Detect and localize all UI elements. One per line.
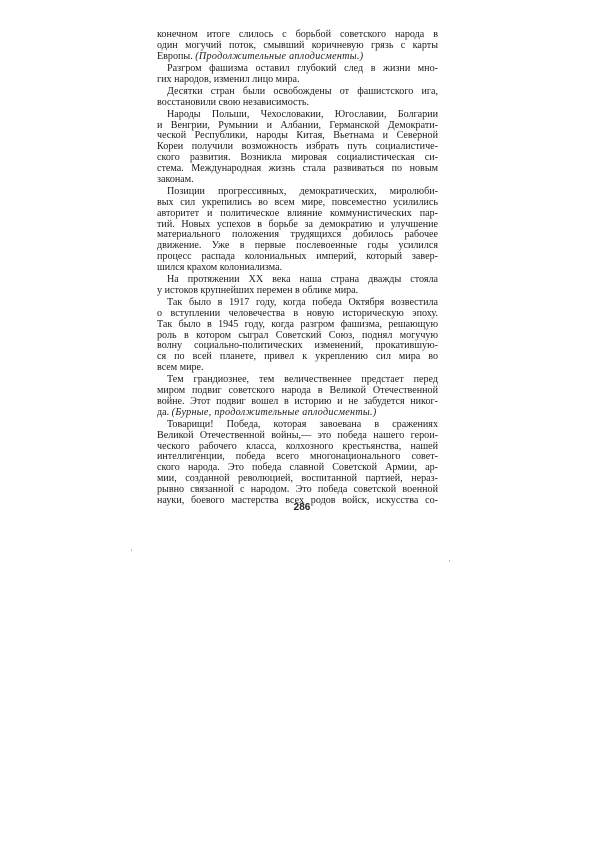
text-line: восстановили свою независимость. (157, 98, 438, 109)
text-line: шился крахом колониализма. (157, 263, 438, 274)
text-span: да. (157, 407, 172, 418)
text-line: да. (Бурные, продолжительные аплодисмент… (157, 408, 438, 419)
text-line: всем мире. (157, 363, 438, 374)
scan-speck (449, 560, 450, 562)
scan-speck (131, 549, 132, 551)
text-line: стема. Международная жизнь стала развива… (157, 164, 438, 175)
text-line: законам. (157, 175, 438, 186)
text-line: гих народов, изменил лицо мира. (157, 75, 438, 86)
page-number: 286 (290, 502, 314, 513)
page-body-text: конечном итоге слилось с борьбой советск… (157, 30, 438, 508)
paragraph: На протяжении XX века наша страна дважды… (157, 275, 438, 297)
text-line: Великой Отечественной войны,— это победа… (157, 431, 438, 442)
applause-note: (Бурные, продолжительные аплодисменты.) (172, 407, 377, 418)
paragraph: Тем грандиознее, тем величественнее пред… (157, 375, 438, 418)
text-line: Европы. (Продолжительные аплодисменты.) (157, 52, 438, 63)
paragraph: Товарищи! Победа, которая завоевана в ср… (157, 420, 438, 507)
applause-note: (Продолжительные аплодисменты.) (195, 51, 363, 62)
paragraph: Народы Польши, Чехословакии, Югославии, … (157, 110, 438, 186)
paragraph: конечном итоге слилось с борьбой советск… (157, 30, 438, 63)
text-span: Европы. (157, 51, 195, 62)
paragraph: Разгром фашизма оставил глубокий след в … (157, 64, 438, 86)
paragraph: Десятки стран были освобождены от фашист… (157, 87, 438, 109)
text-line: у истоков крупнейших перемен в облике ми… (157, 286, 438, 297)
paragraph: Так было в 1917 году, когда победа Октяб… (157, 298, 438, 374)
text-line: Народы Польши, Чехословакии, Югославии, … (157, 110, 438, 121)
paragraph: Позиции прогрессивных, демократических, … (157, 187, 438, 274)
text-line: Так было в 1945 году, когда разгром фаши… (157, 320, 438, 331)
text-line: авторитет и политическое влияние коммуни… (157, 209, 438, 220)
